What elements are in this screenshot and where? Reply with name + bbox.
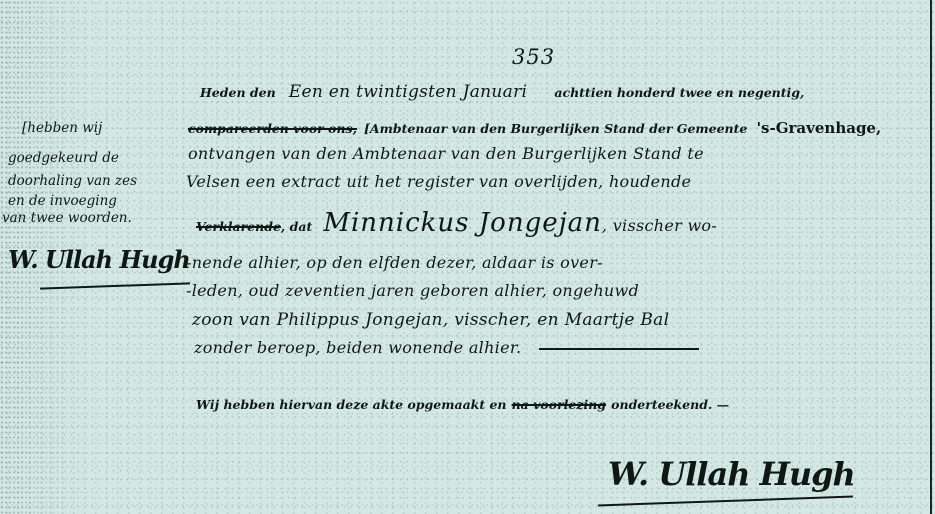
handwritten-text: zonder beroep, beiden wonende alhier. — [194, 338, 521, 357]
record-line-9: zonder beroep, beiden wonende alhier. — [194, 338, 699, 357]
closing-line: Wij hebben hiervan deze akte opgemaakt e… — [196, 394, 729, 413]
official-signature: W. Ullah Hugh — [608, 455, 855, 493]
page-number: 353 — [512, 45, 555, 69]
printed-text: achttien honderd twee en negentig, — [554, 85, 804, 100]
record-line-5: Verklarende, dat Minnickus Jongejan, vis… — [196, 208, 717, 238]
struck-text: na voorlezing — [512, 397, 606, 412]
printed-text: onderteekend. — — [611, 397, 729, 412]
municipality-name: 's-Gravenhage, — [756, 119, 881, 137]
margin-note-line-3: doorhaling van zes — [8, 173, 137, 189]
deceased-name: Minnickus Jongejan — [323, 208, 602, 238]
margin-signature-flourish — [40, 282, 190, 289]
record-line-6: -nende alhier, op den elfden dezer, alda… — [186, 253, 603, 272]
handwritten-text: , visscher wo- — [602, 216, 717, 235]
printed-text: Heden den — [200, 85, 276, 100]
struck-text: Verklarende — [196, 219, 281, 234]
margin-note-line-1: [hebben wij — [22, 120, 102, 136]
printed-text: [Ambtenaar van den Burgerlijken Stand de… — [364, 121, 747, 136]
record-line-1: Heden den Een en twintigsten Januari ach… — [200, 82, 804, 102]
fill-line — [539, 348, 699, 350]
record-line-3: ontvangen van den Ambtenaar van den Burg… — [188, 144, 704, 163]
record-line-2: compareerden voor ons, [Ambtenaar van de… — [188, 118, 881, 137]
margin-note-line-2: goedgekeurd de — [8, 150, 119, 166]
official-signature-flourish — [598, 496, 853, 507]
handwritten-date: Een en twintigsten Januari — [289, 82, 527, 102]
margin-signature: W. Ullah Hugh — [8, 245, 190, 274]
printed-text: , dat — [281, 219, 312, 234]
record-line-8: zoon van Philippus Jongejan, visscher, e… — [192, 310, 669, 330]
record-line-4: Velsen een extract uit het register van … — [186, 172, 691, 191]
printed-text: Wij hebben hiervan deze akte opgemaakt e… — [196, 397, 507, 412]
margin-note-line-4: en de invoeging — [8, 193, 117, 209]
page-edge-border — [930, 0, 932, 514]
margin-note-line-5: van twee woorden. — [2, 210, 132, 226]
struck-text: compareerden voor ons, — [188, 121, 357, 136]
record-line-7: -leden, oud zeventien jaren geboren alhi… — [186, 281, 639, 300]
